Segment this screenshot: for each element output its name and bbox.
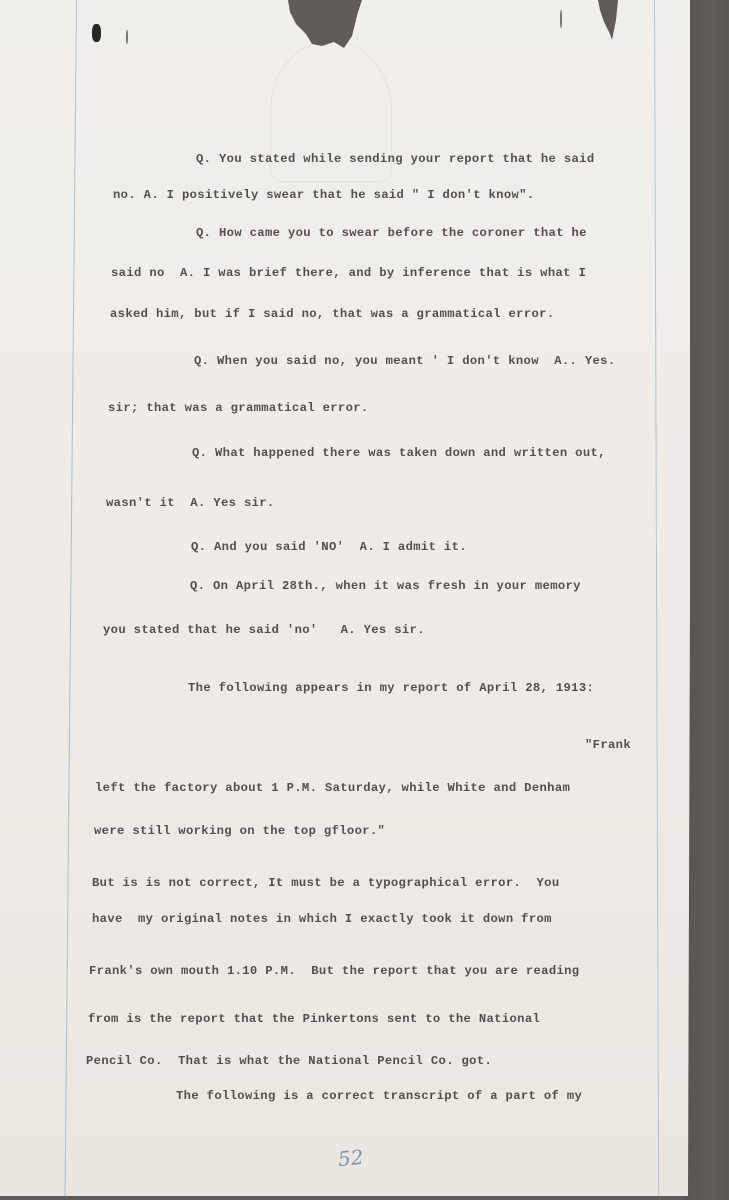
transcript-line: have my original notes in which I exactl…: [92, 912, 552, 926]
transcript-line: The following appears in my report of Ap…: [188, 681, 594, 695]
transcript-line: you stated that he said 'no' A. Yes sir.: [103, 623, 425, 637]
transcript-line: Q. And you said 'NO' A. I admit it.: [191, 540, 467, 554]
punch-hole-mark: [92, 24, 101, 42]
transcript-line: Q. What happened there was taken down an…: [192, 446, 606, 460]
transcript-line: Pencil Co. That is what the National Pen…: [86, 1054, 492, 1068]
transcript-line: Q. When you said no, you meant ' I don't…: [194, 354, 616, 368]
transcript-line: "Frank: [585, 738, 631, 752]
transcript-line: Frank's own mouth 1.10 P.M. But the repo…: [89, 964, 579, 978]
punch-hole-mark: [560, 10, 562, 28]
transcript-line: from is the report that the Pinkertons s…: [88, 1012, 540, 1026]
desk-background: [684, 0, 729, 1200]
transcript-line: left the factory about 1 P.M. Saturday, …: [95, 781, 570, 795]
transcript-line: no. A. I positively swear that he said "…: [113, 188, 535, 202]
transcript-line: said no A. I was brief there, and by inf…: [111, 266, 586, 280]
transcript-line: But is is not correct, It must be a typo…: [92, 876, 560, 890]
left-margin-rule: [65, 0, 77, 1196]
document-page: Q. You stated while sending your report …: [0, 0, 690, 1196]
transcript-line: The following is a correct transcript of…: [176, 1089, 582, 1103]
transcript-line: sir; that was a grammatical error.: [108, 401, 369, 415]
transcript-line: Q. You stated while sending your report …: [196, 152, 595, 166]
page-number: 52: [337, 1145, 365, 1172]
punch-hole-mark: [126, 30, 128, 44]
transcript-line: Q. How came you to swear before the coro…: [196, 226, 587, 240]
transcript-line: wasn't it A. Yes sir.: [106, 496, 275, 510]
right-margin-rule: [654, 0, 659, 1196]
transcript-line: Q. On April 28th., when it was fresh in …: [190, 579, 581, 593]
transcript-line: asked him, but if I said no, that was a …: [110, 307, 555, 321]
transcript-line: were still working on the top gfloor.": [94, 824, 385, 838]
